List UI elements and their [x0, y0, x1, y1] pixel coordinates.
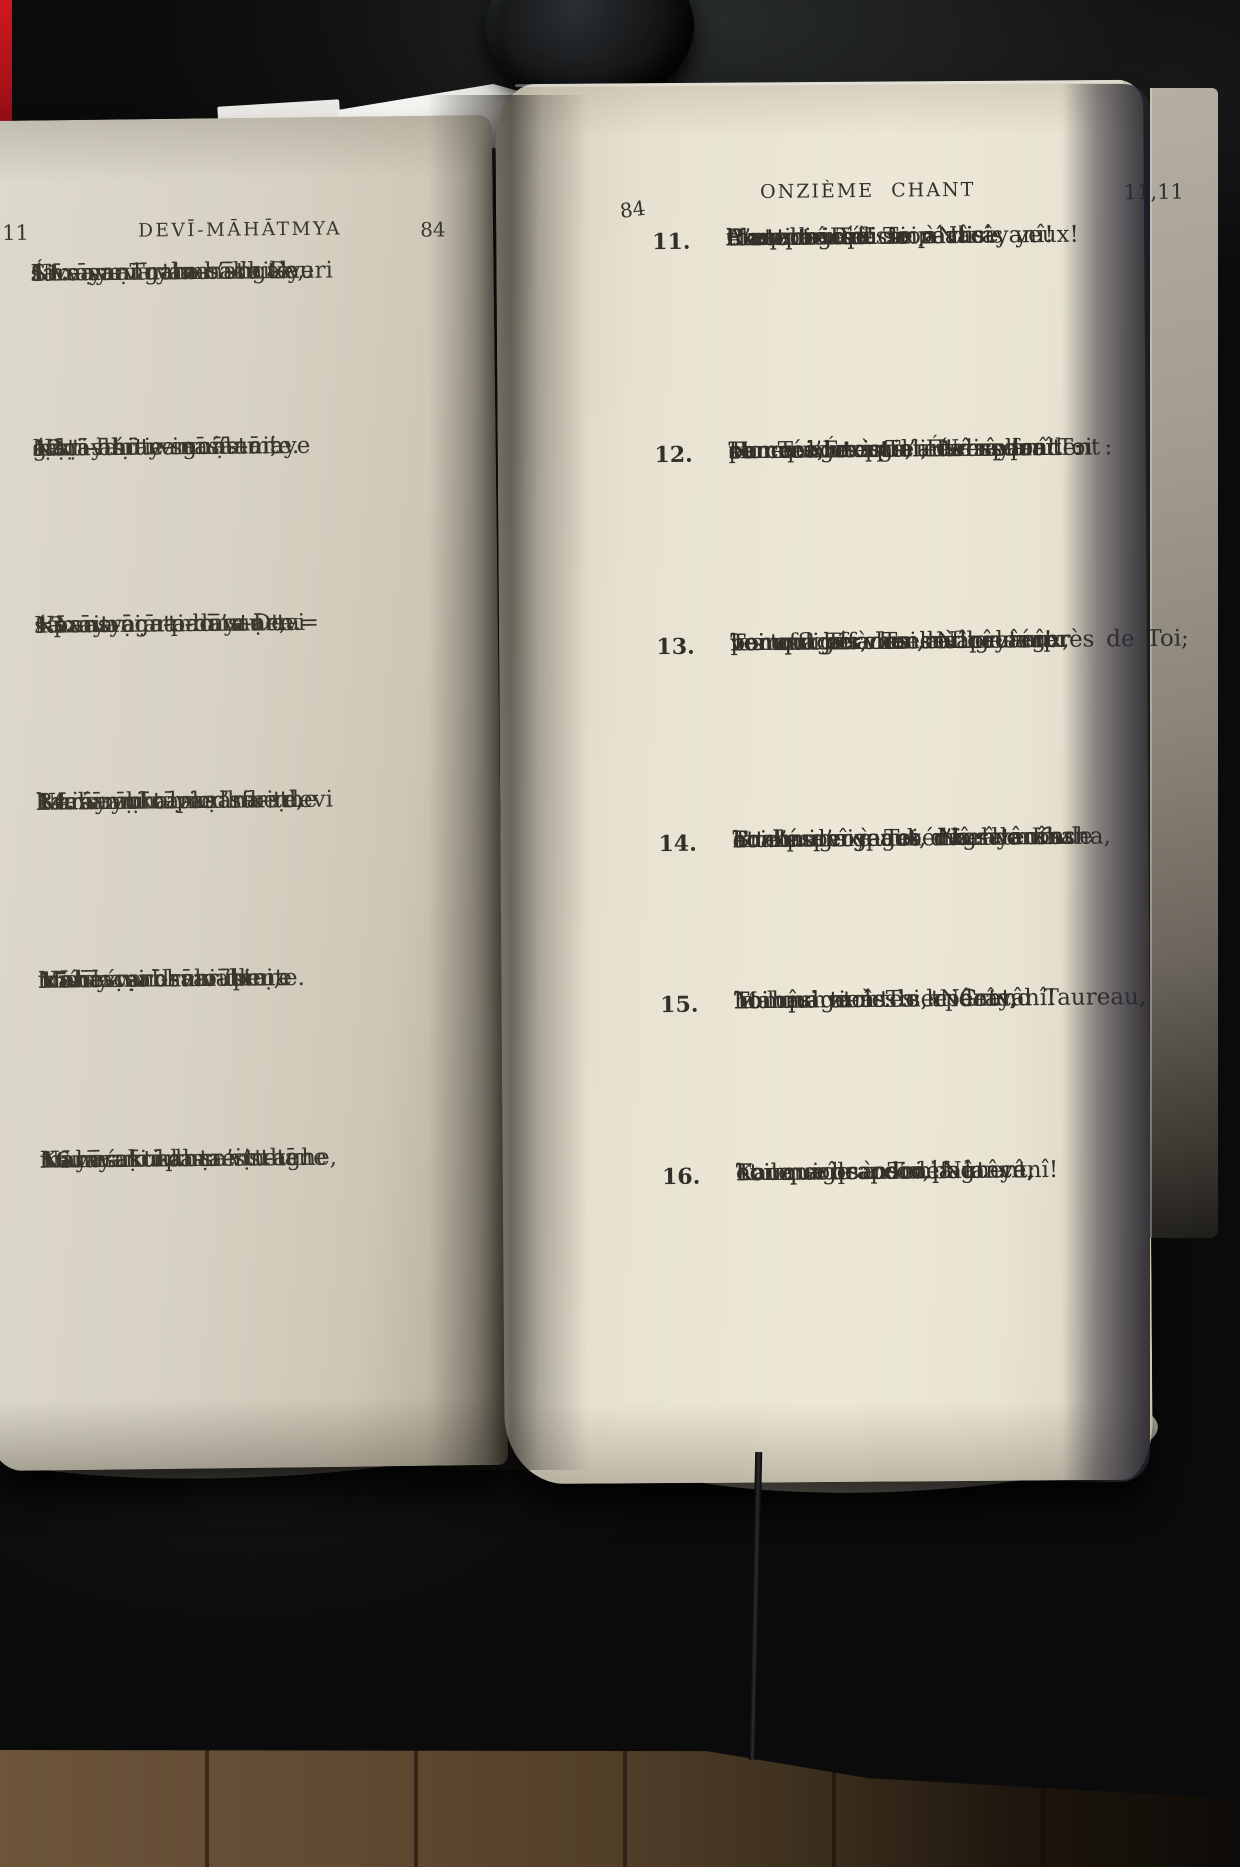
right-page-number: 84 [618, 196, 646, 223]
verse-number: 11. [652, 226, 704, 257]
verse-number: 13. [656, 631, 708, 662]
right-page-edge-shadow [1062, 84, 1150, 1482]
verse-number: 14. [658, 828, 710, 859]
verse-line: Hommage à Toi, Nârâyanî! [726, 222, 1054, 253]
verse-line: hommage à Toi, Nârâyânî! [736, 1157, 1058, 1188]
verse-line: hommage à Toi, Nârâyânî! [730, 627, 1052, 658]
right-page-text-layer: 84 ONZIÈME CHANT 11,11 11.C’est toi qui … [0, 0, 1240, 1508]
verse-line: Hommage à Toi, Nârâyanî! [728, 435, 1056, 466]
verse-line: hommage à Toi, Nârâyânî! [734, 985, 1056, 1016]
verse-number: 16. [662, 1161, 714, 1192]
right-page-header: ONZIÈME CHANT [708, 178, 1028, 203]
book-photo-scene: 11 DEVĪ-MĀHĀTMYA 84 11.sarvamaṅgala-māṅg… [0, 0, 1240, 1867]
verse-line: hommage à Toi, Nârâyânî! [732, 824, 1054, 855]
verse-number: 12. [654, 439, 706, 470]
verse-number: 15. [660, 989, 712, 1020]
